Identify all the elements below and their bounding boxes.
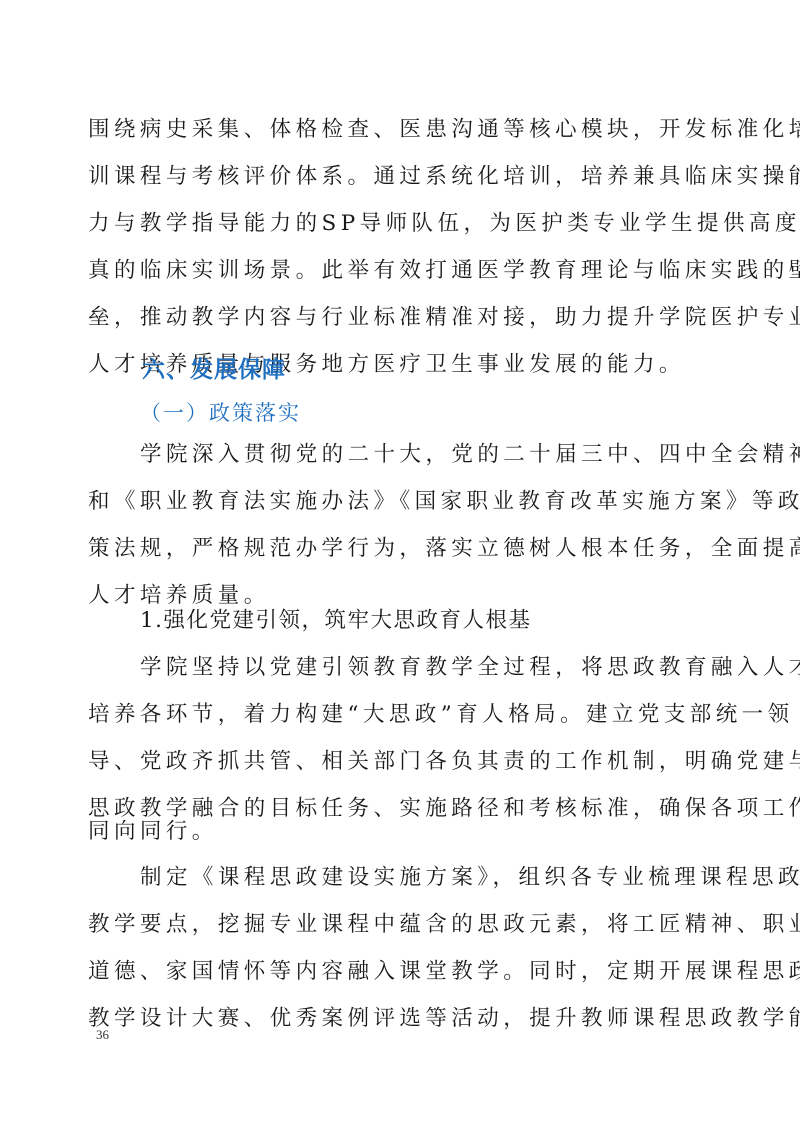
body-text-line: 力与教学指导能力的SP导师队伍，为医护类专业学生提供高度仿	[88, 209, 714, 239]
body-text-line: 教学设计大赛、优秀案例评选等活动，提升教师课程思政教学能	[88, 1004, 714, 1034]
body-text-line: 导、党政齐抓共管、相关部门各负其责的工作机制，明确党建与	[88, 747, 714, 777]
body-text-line: 培养各环节，着力构建“大思政”育人格局。建立党支部统一领	[88, 700, 714, 730]
page-number: 36	[96, 1027, 109, 1043]
body-text-line: 训课程与考核评价体系。通过系统化培训，培养兼具临床实操能	[88, 162, 714, 192]
body-text-line: 真的临床实训场景。此举有效打通医学教育理论与临床实践的壁	[88, 256, 714, 286]
body-text-line: 同向同行。	[88, 817, 714, 847]
body-text-line: 围绕病史采集、体格检查、医患沟通等核心模块，开发标准化培	[88, 115, 714, 145]
document-page: 围绕病史采集、体格检查、医患沟通等核心模块，开发标准化培 训课程与考核评价体系。…	[0, 0, 800, 1132]
section-heading: 六、发展保障	[142, 355, 286, 385]
body-text-line: 垒，推动教学内容与行业标准精准对接，助力提升学院医护专业	[88, 303, 714, 333]
body-text-line: 策法规，严格规范办学行为，落实立德树人根本任务，全面提高	[88, 534, 714, 564]
body-text-line: 学院深入贯彻党的二十大，党的二十届三中、四中全会精神	[140, 440, 714, 470]
subsection-heading: （一）政策落实	[140, 398, 301, 428]
body-text-line: 和《职业教育法实施办法》《国家职业教育改革实施方案》等政	[88, 487, 714, 517]
body-text-line: 学院坚持以党建引领教育教学全过程，将思政教育融入人才	[140, 653, 714, 683]
body-text-line: 道德、家国情怀等内容融入课堂教学。同时，定期开展课程思政	[88, 957, 714, 987]
body-text-line: 教学要点，挖掘专业课程中蕴含的思政元素，将工匠精神、职业	[88, 910, 714, 940]
item-heading: 1.强化党建引领，筑牢大思政育人根基	[140, 606, 714, 636]
body-text-line: 制定《课程思政建设实施方案》，组织各专业梳理课程思政	[140, 863, 714, 893]
